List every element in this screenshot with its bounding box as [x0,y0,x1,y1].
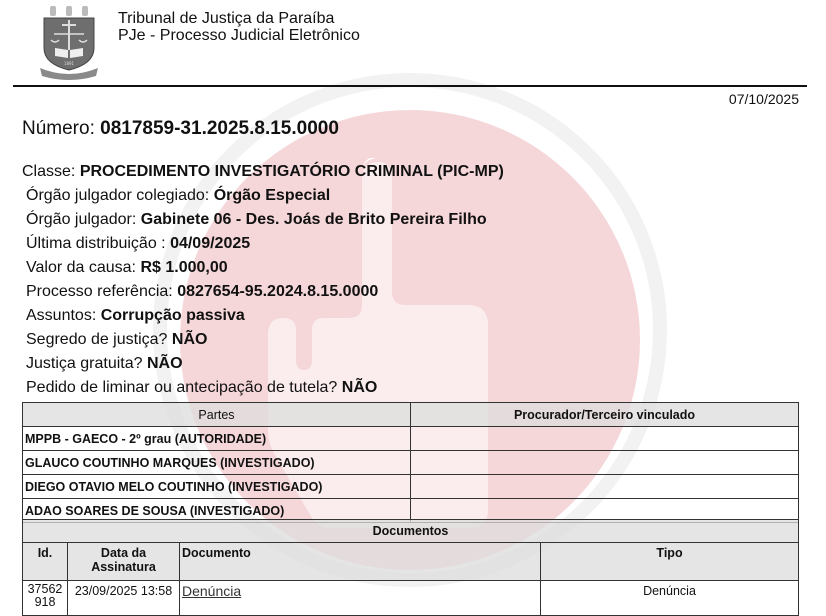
field-label: Valor da causa: [26,259,136,276]
procurador-cell [411,475,799,499]
system-name: PJe - Processo Judicial Eletrônico [118,27,360,44]
parte-cell: DIEGO OTAVIO MELO COUTINHO (INVESTIGADO) [23,475,411,499]
header-line: Assinatura [70,560,177,574]
field-value: NÃO [147,355,183,372]
field-value: 04/09/2025 [170,235,250,252]
documentos-title-row: Documentos [23,520,799,543]
field-value: Corrupção passiva [101,307,245,324]
document-id-cell: 37562 918 [23,581,68,616]
signature-date-cell: 23/09/2025 13:58 [68,581,180,616]
tipo-column-header: Tipo [541,543,799,581]
documento-column-header: Documento [180,543,541,581]
field-justica-gratuita: Justiça gratuita? NÃO [22,352,504,376]
data-assinatura-column-header: Data da Assinatura [68,543,180,581]
table-row: MPPB - GAECO - 2º grau (AUTORIDADE) [23,427,799,451]
field-processo-referencia: Processo referência: 0827654-95.2024.8.1… [22,280,504,304]
process-details: Classe: PROCEDIMENTO INVESTIGATÓRIO CRIM… [22,160,504,400]
svg-text:1891: 1891 [64,61,75,66]
court-name: Tribunal de Justiça da Paraíba [118,10,360,27]
document-link[interactable]: Denúncia [182,583,241,599]
field-label: Assuntos: [26,307,96,324]
document-type-cell: Denúncia [541,581,799,616]
procurador-cell [411,451,799,475]
field-value: Gabinete 06 - Des. Joás de Brito Pereira… [141,211,487,228]
field-label: Processo referência: [26,283,173,300]
procurador-column-header: Procurador/Terceiro vinculado [411,403,799,427]
field-pedido-liminar: Pedido de liminar ou antecipação de tute… [22,376,504,400]
field-value: 0827654-95.2024.8.15.0000 [177,283,378,300]
documentos-title: Documentos [23,520,799,543]
document-cell: Denúncia [180,581,541,616]
process-number-value: 0817859-31.2025.8.15.0000 [100,118,339,139]
court-coat-of-arms-icon: 1891 [38,4,100,80]
field-value: PROCEDIMENTO INVESTIGATÓRIO CRIMINAL (PI… [80,163,504,180]
field-orgao-julgador: Órgão julgador: Gabinete 06 - Des. Joás … [22,208,504,232]
field-value: NÃO [342,379,378,396]
parte-cell: GLAUCO COUTINHO MARQUES (INVESTIGADO) [23,451,411,475]
field-value: R$ 1.000,00 [140,259,227,276]
field-ultima-distribuicao: Última distribuição : 04/09/2025 [22,232,504,256]
table-row: GLAUCO COUTINHO MARQUES (INVESTIGADO) [23,451,799,475]
field-segredo-justica: Segredo de justiça? NÃO [22,328,504,352]
field-label: Segredo de justiça? [26,331,167,348]
field-label: Órgão julgador colegiado: [26,187,209,204]
field-value: Órgão Especial [214,187,331,204]
table-row: DIEGO OTAVIO MELO COUTINHO (INVESTIGADO) [23,475,799,499]
field-valor-causa: Valor da causa: R$ 1.000,00 [22,256,504,280]
partes-column-header: Partes [23,403,411,427]
parte-cell: MPPB - GAECO - 2º grau (AUTORIDADE) [23,427,411,451]
process-number: Número: 0817859-31.2025.8.15.0000 [22,118,339,140]
field-classe: Classe: PROCEDIMENTO INVESTIGATÓRIO CRIM… [22,160,504,184]
field-label: Pedido de liminar ou antecipação de tute… [26,379,337,396]
field-assuntos: Assuntos: Corrupção passiva [22,304,504,328]
field-label: Classe: [22,163,75,180]
document-header: 1891 Tribunal de Justiça da Paraíba PJe … [0,0,826,90]
header-line: Data da [70,546,177,560]
header-divider [13,85,807,87]
partes-table: Partes Procurador/Terceiro vinculado MPP… [22,402,799,523]
id-column-header: Id. [23,543,68,581]
field-label: Órgão julgador: [26,211,136,228]
partes-header-row: Partes Procurador/Terceiro vinculado [23,403,799,427]
documentos-table: Documentos Id. Data da Assinatura Docume… [22,519,799,616]
field-label: Última distribuição : [26,235,166,252]
process-number-label: Número: [22,118,95,139]
field-label: Justiça gratuita? [26,355,143,372]
table-row: 37562 918 23/09/2025 13:58 Denúncia Denú… [23,581,799,616]
field-orgao-colegiado: Órgão julgador colegiado: Órgão Especial [22,184,504,208]
documentos-header-row: Id. Data da Assinatura Documento Tipo [23,543,799,581]
field-value: NÃO [172,331,208,348]
procurador-cell [411,427,799,451]
print-date: 07/10/2025 [729,91,799,107]
id-part: 918 [25,596,65,609]
